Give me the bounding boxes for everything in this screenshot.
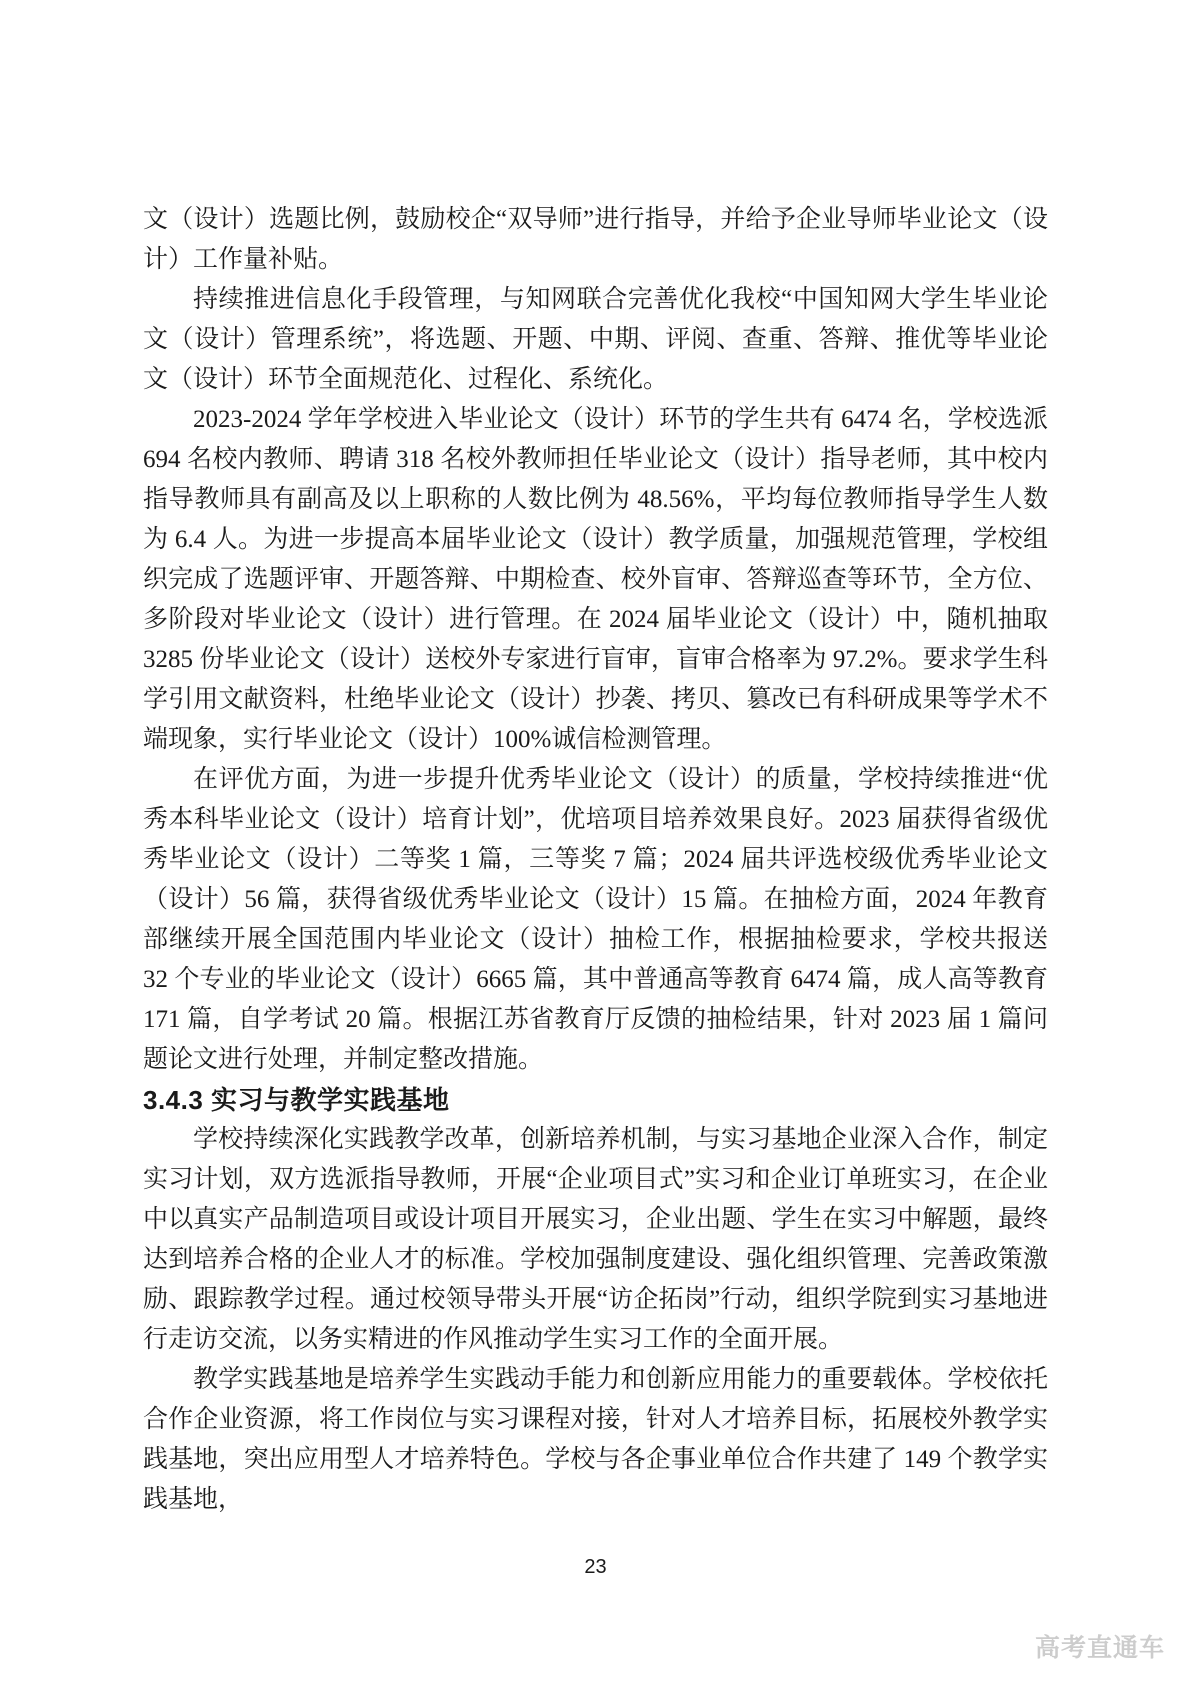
paragraph-continuation: 文（设计）选题比例，鼓励校企“双导师”进行指导，并给予企业导师毕业论文（设计）工… <box>143 200 1048 280</box>
document-page: 文（设计）选题比例，鼓励校企“双导师”进行指导，并给予企业导师毕业论文（设计）工… <box>0 0 1191 1684</box>
paragraph: 学校持续深化实践教学改革，创新培养机制，与实习基地企业深入合作，制定实习计划，双… <box>143 1120 1048 1360</box>
paragraph: 持续推进信息化手段管理，与知网联合完善优化我校“中国知网大学生毕业论文（设计）管… <box>143 280 1048 400</box>
paragraph: 在评优方面，为进一步提升优秀毕业论文（设计）的质量，学校持续推进“优秀本科毕业论… <box>143 760 1048 1080</box>
paragraph: 教学实践基地是培养学生实践动手能力和创新应用能力的重要载体。学校依托合作企业资源… <box>143 1360 1048 1520</box>
page-number: 23 <box>0 1556 1191 1579</box>
watermark: 高考直通车 <box>1035 1628 1165 1664</box>
document-body: 文（设计）选题比例，鼓励校企“双导师”进行指导，并给予企业导师毕业论文（设计）工… <box>143 200 1048 1520</box>
paragraph: 2023-2024 学年学校进入毕业论文（设计）环节的学生共有 6474 名，学… <box>143 400 1048 760</box>
section-heading: 3.4.3 实习与教学实践基地 <box>143 1080 1048 1120</box>
